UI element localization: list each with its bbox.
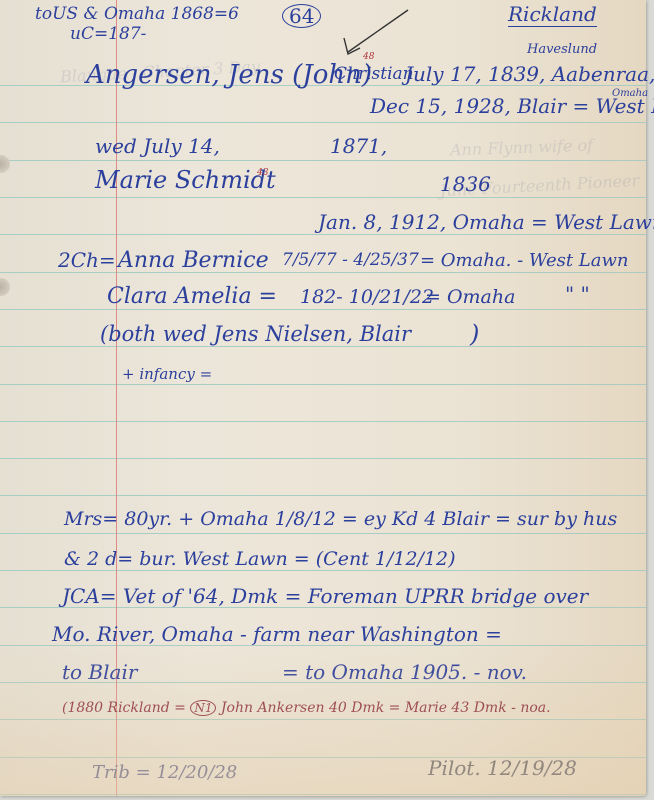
child-1-place: = Omaha. - West Lawn bbox=[420, 250, 629, 271]
note-line: & 2 d= bur. West Lawn = (Cent 1/12/12) bbox=[64, 548, 456, 570]
marriage-date: wed July 14, bbox=[95, 134, 220, 158]
citizenship-note: uC=187- bbox=[70, 24, 146, 44]
children-label: 2Ch= bbox=[58, 248, 116, 272]
age-annotation: 48 bbox=[363, 52, 374, 62]
rule-line bbox=[0, 272, 646, 273]
note-line: to Blair bbox=[62, 660, 137, 684]
rule-line bbox=[0, 719, 646, 720]
location-header: Rickland bbox=[508, 2, 597, 26]
death-place-annotation: Omaha bbox=[612, 88, 648, 99]
birth-info: July 17, 1839, Aabenraa, Slesvig bbox=[405, 62, 654, 86]
spouse-birth-year: 1836 bbox=[440, 172, 491, 196]
note-line: Mrs= 80yr. + Omaha 1/8/12 = ey Kd 4 Blai… bbox=[64, 508, 617, 530]
rule-line bbox=[0, 160, 646, 161]
spouse-death: Jan. 8, 1912, Omaha = West Lawn bbox=[318, 210, 654, 234]
child-2-dates: 182- 10/21/22 bbox=[300, 286, 434, 308]
notebook-page: Blanque - Chapter 3 Day Ann Flynn wife o… bbox=[0, 0, 646, 796]
marriage-year: 1871, bbox=[330, 134, 387, 158]
rule-line bbox=[0, 346, 646, 347]
children-marriage-note: (both wed Jens Nielsen, Blair bbox=[100, 322, 411, 346]
census-note: (1880 Rickland = N1 John Ankersen 40 Dmk… bbox=[62, 700, 551, 716]
bleed-through-text: Ann Flynn wife of bbox=[450, 136, 594, 160]
infancy-note: + infancy = bbox=[122, 365, 212, 383]
rule-line bbox=[0, 384, 646, 385]
footer-source-tribune: Trib = 12/20/28 bbox=[92, 762, 237, 783]
punch-hole bbox=[0, 155, 10, 173]
spouse-age-annotation: 43 bbox=[257, 168, 268, 178]
birth-village-annotation: Haveslund bbox=[527, 42, 597, 57]
rule-line bbox=[0, 234, 646, 235]
alt-name: Christian bbox=[334, 64, 414, 84]
note-line: = to Omaha 1905. - nov. bbox=[282, 660, 527, 684]
page-number: 64 bbox=[282, 4, 321, 28]
punch-hole bbox=[0, 278, 10, 296]
rule-line bbox=[0, 421, 646, 422]
footer-source-pilot: Pilot. 12/19/28 bbox=[428, 756, 577, 780]
spouse-name: Marie Schmidt bbox=[95, 166, 276, 194]
child-1-name: Anna Bernice bbox=[118, 248, 269, 273]
child-1-dates: 7/5/77 - 4/25/37 bbox=[282, 250, 419, 270]
child-2-place: = Omaha bbox=[425, 286, 515, 308]
note-line: JCA= Vet of '64, Dmk = Foreman UPRR brid… bbox=[62, 584, 588, 608]
rule-line bbox=[0, 794, 646, 795]
rule-line bbox=[0, 495, 646, 496]
subject-name: Angersen, Jens (John) bbox=[86, 60, 372, 90]
rule-line bbox=[0, 197, 646, 198]
rule-line bbox=[0, 458, 646, 459]
rule-line bbox=[0, 533, 646, 534]
children-note-close: ) bbox=[470, 320, 479, 348]
rule-line bbox=[0, 122, 646, 123]
rule-line bbox=[0, 309, 646, 310]
arrow-icon bbox=[340, 8, 410, 58]
immigration-note: toUS & Omaha 1868=6 bbox=[35, 4, 239, 24]
rule-line bbox=[0, 570, 646, 571]
child-2-name: Clara Amelia = bbox=[107, 284, 277, 309]
note-line: Mo. River, Omaha - farm near Washington … bbox=[52, 622, 502, 646]
ditto-marks: " " bbox=[565, 282, 590, 306]
